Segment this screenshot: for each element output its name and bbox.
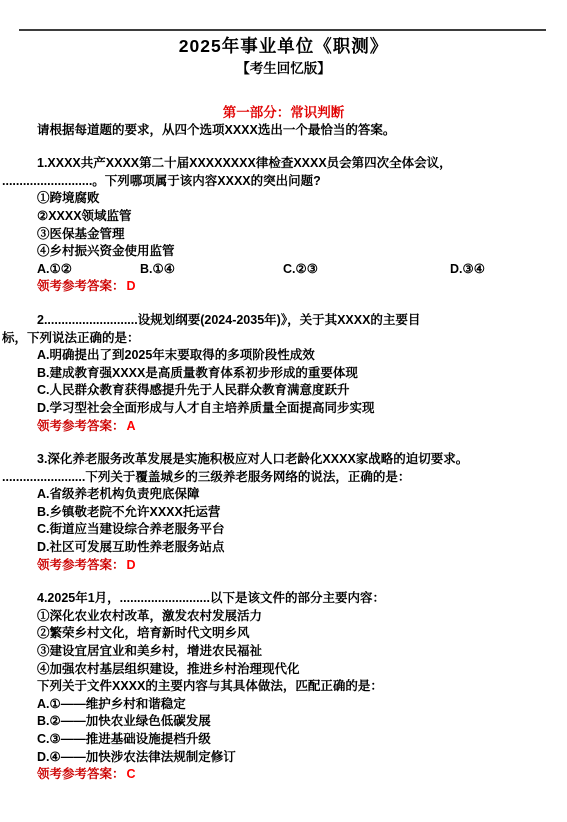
answer-line: 领考参考答案：D: [0, 278, 567, 296]
answer-value: D: [125, 558, 136, 572]
answer-label: 领考参考答案：: [37, 279, 125, 293]
document-body: 请根据每道题的要求，从四个选项XXXX选出一个最恰当的答案。 1.XXXX共产X…: [0, 122, 567, 784]
question-1: 1.XXXX共产XXXX第二十届XXXXXXXX律检查XXXX员会第四次全体会议…: [0, 155, 567, 296]
question-text-line: ①深化农业农村改革，激发农村发展活力: [0, 608, 567, 626]
choice-c: C.②③: [283, 261, 318, 279]
question-text-line: 标，下列说法正确的是：: [0, 330, 567, 348]
header-rule: [19, 29, 546, 31]
question-text-line: 1.XXXX共产XXXX第二十届XXXXXXXX律检查XXXX员会第四次全体会议…: [0, 155, 567, 173]
answer-line: 领考参考答案：C: [0, 766, 567, 784]
question-text-line: D.社区可发展互助性养老服务站点: [0, 539, 567, 557]
answer-line: 领考参考答案：D: [0, 557, 567, 575]
answer-label: 领考参考答案：: [37, 419, 125, 433]
question-text-line: C.人民群众教育获得感提升先于人民群众教育满意度跃升: [0, 382, 567, 400]
question-3: 3.深化养老服务改革发展是实施积极应对人口老龄化XXXX家战略的迫切要求。...…: [0, 451, 567, 574]
answer-value: D: [125, 279, 136, 293]
question-text-line: ③建设宜居宜业和美乡村，增进农民福祉: [0, 643, 567, 661]
question-text-line: A.省级养老机构负责兜底保障: [0, 486, 567, 504]
answer-label: 领考参考答案：: [37, 767, 125, 781]
question-text-line: B.建成教育强XXXX是高质量教育体系初步形成的重要体现: [0, 365, 567, 383]
question-2: 2...........................设规划纲要(2024-2…: [0, 312, 567, 435]
choice-b: B.①④: [140, 261, 175, 279]
answer-value: C: [125, 767, 136, 781]
question-text-line: ........................下列关于覆盖城乡的三级养老服务网…: [0, 469, 567, 487]
question-text-line: ④乡村振兴资金使用监管: [0, 243, 567, 261]
document-page: 2025年事业单位《职测》 【考生回忆版】 第一部分：常识判断 请根据每道题的要…: [0, 0, 567, 822]
choice-a: A.①②: [37, 261, 72, 279]
question-4: 4.2025年1月，..........................以下是该…: [0, 590, 567, 784]
section-header: 第一部分：常识判断: [0, 104, 567, 122]
question-text-line: 下列关于文件XXXX的主要内容与其具体做法，匹配正确的是：: [0, 678, 567, 696]
question-text-line: 4.2025年1月，..........................以下是该…: [0, 590, 567, 608]
question-text-line: 3.深化养老服务改革发展是实施积极应对人口老龄化XXXX家战略的迫切要求。: [0, 451, 567, 469]
question-text-line: ④加强农村基层组织建设，推进乡村治理现代化: [0, 661, 567, 679]
question-text-line: ②繁荣乡村文化，培育新时代文明乡风: [0, 625, 567, 643]
page-subtitle: 【考生回忆版】: [0, 58, 567, 80]
question-text-line: B.乡镇敬老院不允许XXXX托运营: [0, 504, 567, 522]
page-title: 2025年事业单位《职测》: [0, 34, 567, 58]
question-text-line: A.明确提出了到2025年末要取得的多项阶段性成效: [0, 347, 567, 365]
question-text-line: D.学习型社会全面形成与人才自主培养质量全面提高同步实现: [0, 400, 567, 418]
instruction-line: 请根据每道题的要求，从四个选项XXXX选出一个最恰当的答案。: [0, 122, 567, 140]
question-text-line: C.街道应当建设综合养老服务平台: [0, 521, 567, 539]
question-text-line: A.①——维护乡村和谐稳定: [0, 696, 567, 714]
question-text-line: D.④——加快涉农法律法规制定修订: [0, 749, 567, 767]
question-text-line: 2...........................设规划纲要(2024-2…: [0, 312, 567, 330]
question-text-line: ③医保基金管理: [0, 226, 567, 244]
question-text-line: C.③——推进基础设施提档升级: [0, 731, 567, 749]
answer-label: 领考参考答案：: [37, 558, 125, 572]
choice-d: D.③④: [450, 261, 485, 279]
choices-row: A.①②B.①④C.②③D.③④: [0, 261, 567, 279]
answer-line: 领考参考答案：A: [0, 418, 567, 436]
questions: 1.XXXX共产XXXX第二十届XXXXXXXX律检查XXXX员会第四次全体会议…: [0, 155, 567, 784]
question-text-line: ②XXXX领域监管: [0, 208, 567, 226]
question-text-line: ①跨境腐败: [0, 190, 567, 208]
question-text-line: ..........................。下列哪项属于该内容XXXX…: [0, 173, 567, 191]
question-text-line: B.②——加快农业绿色低碳发展: [0, 713, 567, 731]
answer-value: A: [125, 419, 136, 433]
